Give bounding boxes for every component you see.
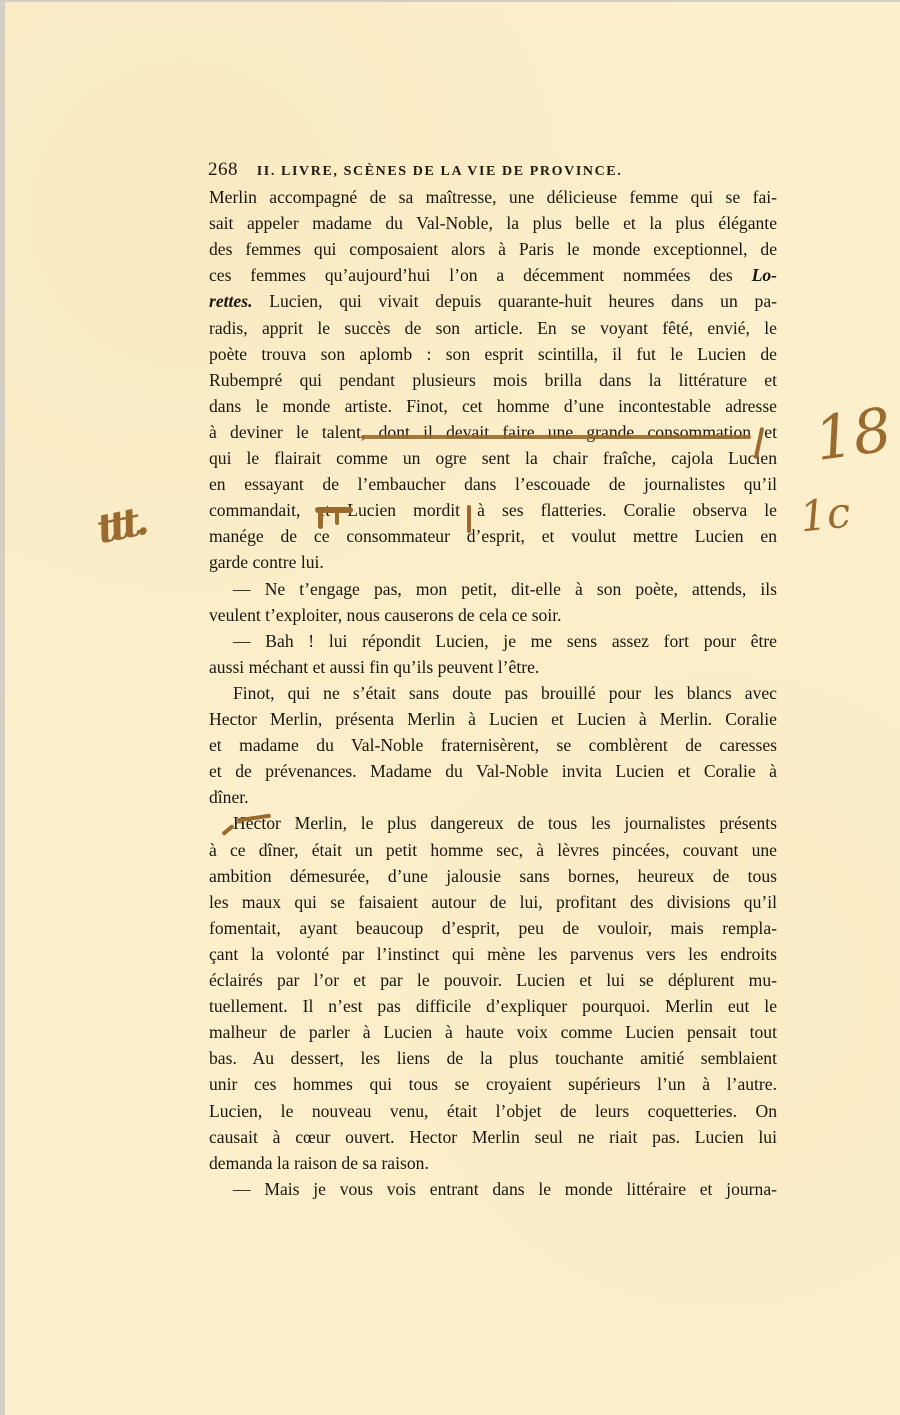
line-text: dîner.	[209, 787, 249, 807]
text-line: Merlin accompagné de sa maîtresse, une d…	[209, 184, 777, 210]
text-line: demanda la raison de sa raison.	[209, 1150, 777, 1176]
line-text: garde contre lui.	[209, 552, 324, 572]
line-text: malheur de parler à Lucien à haute voix …	[209, 1022, 777, 1042]
caret-mark-et-stem	[335, 507, 339, 525]
line-text: fomentait, ayant beaucoup d’esprit, peu …	[209, 918, 777, 938]
line-text: — Mais je vous vois entrant dans le mond…	[233, 1179, 777, 1199]
text-line: Hector Merlin, présenta Merlin à Lucien …	[209, 706, 777, 732]
line-text: — Bah ! lui répondit Lucien, je me sens …	[233, 631, 777, 651]
line-text: Hector Merlin, présenta Merlin à Lucien …	[209, 709, 777, 729]
margin-note-18: 18	[811, 395, 896, 475]
text-line: Rubempré qui pendant plusieurs mois bril…	[209, 367, 777, 393]
text-line: veulent t’exploiter, nous causerons de c…	[209, 602, 777, 628]
line-text: sait appeler madame du Val-Noble, la plu…	[209, 213, 777, 233]
line-text: en essayant de l’embaucher dans l’escoua…	[209, 474, 777, 494]
text-line: bas. Au dessert, les liens de la plus to…	[209, 1045, 777, 1071]
line-text: éclairés par l’or et par le pouvoir. Luc…	[209, 970, 777, 990]
text-line: ces femmes qu’aujourd’hui l’on a décemme…	[209, 262, 777, 288]
line-text: ces femmes qu’aujourd’hui l’on a décemme…	[209, 265, 752, 285]
text-line: dîner.	[209, 784, 777, 810]
text-line: les maux qui se faisaient autour de lui,…	[209, 889, 777, 915]
page-number: 268	[208, 159, 238, 180]
line-text: poète trouva son aplomb : son esprit sci…	[209, 344, 777, 364]
line-text: dans le monde artiste. Finot, cet homme …	[209, 396, 777, 416]
text-line: et de prévenances. Madame du Val-Noble i…	[209, 758, 777, 784]
text-line: Finot, qui ne s’était sans doute pas bro…	[233, 680, 777, 706]
text-line: à deviner le talent, dont il devait fair…	[209, 419, 777, 445]
margin-note-ttt: ttt.	[93, 498, 147, 553]
line-text: causait à cœur ouvert. Hector Merlin seu…	[209, 1127, 777, 1147]
text-line: commandait, et Lucien mordit à ses flatt…	[209, 497, 777, 523]
struck-text: , dont il devait faire une grande consom…	[361, 422, 751, 442]
caret-mark-ses	[467, 505, 471, 533]
text-line: manége de ce consommateur d’esprit, et v…	[209, 523, 777, 549]
line-text: à ce dîner, était un petit homme sec, à …	[209, 840, 777, 860]
line-text: Rubempré qui pendant plusieurs mois bril…	[209, 370, 777, 390]
line-text: et madame du Val-Noble fraternisèrent, s…	[209, 735, 777, 755]
line-text: çant la volonté par l’instinct qui mène …	[209, 944, 777, 964]
text-line: — Bah ! lui répondit Lucien, je me sens …	[233, 628, 777, 654]
text-line: — Ne t’engage pas, mon petit, dit-elle à…	[233, 576, 777, 602]
line-text: et de prévenances. Madame du Val-Noble i…	[209, 761, 777, 781]
text-line: ambition démesurée, d’une jalousie sans …	[209, 863, 777, 889]
line-text: unir ces hommes qui tous se croyaient su…	[209, 1074, 777, 1094]
line-text: radis, apprit le succès de son article. …	[209, 318, 777, 338]
text-line: des femmes qui composaient alors à Paris…	[209, 236, 777, 262]
text-line: éclairés par l’or et par le pouvoir. Luc…	[209, 967, 777, 993]
book-page: 268 II. LIVRE, SCÈNES DE LA VIE DE PROVI…	[5, 2, 900, 1415]
line-text: Lucien, le nouveau venu, était l’objet d…	[209, 1101, 777, 1121]
line-text: des femmes qui composaient alors à Paris…	[209, 239, 777, 259]
text-line: unir ces hommes qui tous se croyaient su…	[209, 1071, 777, 1097]
text-line: dans le monde artiste. Finot, cet homme …	[209, 393, 777, 419]
margin-note-1c: 1c	[798, 488, 853, 542]
italic-text: Lo-	[752, 265, 777, 285]
text-line: Lucien, le nouveau venu, était l’objet d…	[209, 1098, 777, 1124]
line-text: manége de ce consommateur d’esprit, et v…	[209, 526, 777, 546]
line-text: aussi méchant et aussi fin qu’ils peuven…	[209, 657, 539, 677]
text-line: causait à cœur ouvert. Hector Merlin seu…	[209, 1124, 777, 1150]
text-line: rettes. Lucien, qui vivait depuis quaran…	[209, 288, 777, 314]
line-text: demanda la raison de sa raison.	[209, 1153, 429, 1173]
line-text: et	[751, 422, 777, 442]
text-line: Hector Merlin, le plus dangereux de tous…	[233, 810, 777, 836]
text-line: sait appeler madame du Val-Noble, la plu…	[209, 210, 777, 236]
text-line: fomentait, ayant beaucoup d’esprit, peu …	[209, 915, 777, 941]
text-line: radis, apprit le succès de son article. …	[209, 315, 777, 341]
text-line: qui le flairait comme un ogre sent la ch…	[209, 445, 777, 471]
running-header: 268 II. LIVRE, SCÈNES DE LA VIE DE PROVI…	[208, 159, 778, 181]
line-text: les maux qui se faisaient autour de lui,…	[209, 892, 777, 912]
text-line: — Mais je vous vois entrant dans le mond…	[233, 1176, 777, 1202]
line-text: commandait, et Lucien mordit à ses flatt…	[209, 500, 777, 520]
line-text: Finot, qui ne s’était sans doute pas bro…	[233, 683, 777, 703]
line-text: qui le flairait comme un ogre sent la ch…	[209, 448, 777, 468]
text-line: garde contre lui.	[209, 549, 777, 575]
line-text: Hector Merlin, le plus dangereux de tous…	[233, 813, 777, 833]
line-text: Merlin accompagné de sa maîtresse, une d…	[209, 187, 777, 207]
text-line: malheur de parler à Lucien à haute voix …	[209, 1019, 777, 1045]
line-text: veulent t’exploiter, nous causerons de c…	[209, 605, 562, 625]
italic-text: rettes.	[209, 291, 253, 311]
running-title: II. LIVRE, SCÈNES DE LA VIE DE PROVINCE.	[257, 164, 623, 179]
line-text: bas. Au dessert, les liens de la plus to…	[209, 1048, 777, 1068]
text-line: en essayant de l’embaucher dans l’escoua…	[209, 471, 777, 497]
line-text: — Ne t’engage pas, mon petit, dit-elle à…	[233, 579, 777, 599]
text-line: aussi méchant et aussi fin qu’ils peuven…	[209, 654, 777, 680]
text-line: poète trouva son aplomb : son esprit sci…	[209, 341, 777, 367]
line-text: ambition démesurée, d’une jalousie sans …	[209, 866, 777, 886]
text-line: à ce dîner, était un petit homme sec, à …	[209, 837, 777, 863]
line-text: tuellement. Il n’est pas difficile d’exp…	[209, 996, 777, 1016]
text-line: çant la volonté par l’instinct qui mène …	[209, 941, 777, 967]
line-text: à deviner le talent	[209, 422, 361, 442]
caret-mark-comma-stem	[318, 507, 323, 529]
text-line: et madame du Val-Noble fraternisèrent, s…	[209, 732, 777, 758]
line-text: Lucien, qui vivait depuis quarante-huit …	[253, 291, 778, 311]
text-line: tuellement. Il n’est pas difficile d’exp…	[209, 993, 777, 1019]
